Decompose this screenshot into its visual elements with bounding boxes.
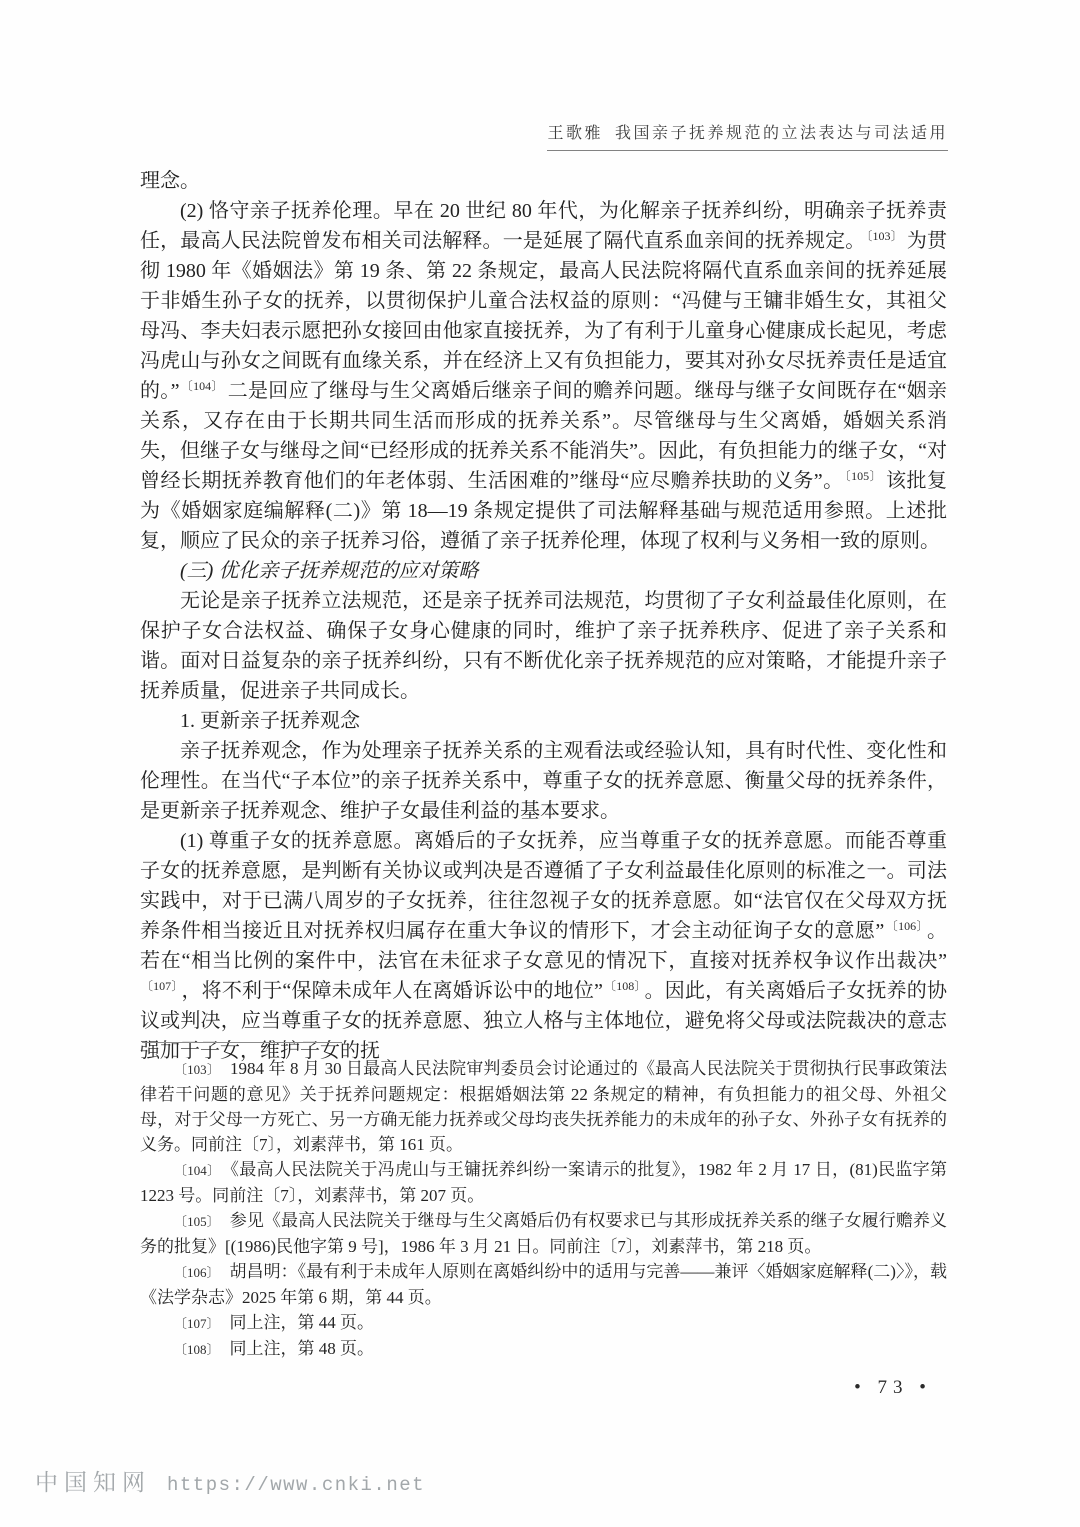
footnote-ref: 〔108〕 — [604, 979, 641, 993]
paragraph: (2) 恪守亲子抚养伦理。早在 20 世纪 80 年代，为化解亲子抚养纠纷，明确… — [140, 196, 947, 556]
paragraph: 亲子抚养观念，作为处理亲子抚养关系的主观看法或经验认知，具有时代性、变化性和伦理… — [140, 736, 947, 826]
paragraph: 理念。 — [140, 166, 947, 196]
footnote-text: 同上注，第 44 页。 — [230, 1313, 375, 1332]
footnote: 〔103〕1984 年 8 月 30 日最高人民法院审判委员会讨论通过的《最高人… — [140, 1056, 947, 1157]
cnki-url-text: https://www.cnki.net — [167, 1474, 425, 1496]
page-number: • 73 • — [838, 1377, 948, 1399]
footnote: 〔106〕胡昌明：《最有利于未成年人原则在离婚纠纷中的适用与完善——兼评〈婚姻家… — [140, 1259, 947, 1310]
text-run: (2) 恪守亲子抚养伦理。早在 20 世纪 80 年代，为化解亲子抚养纠纷，明确… — [140, 200, 947, 252]
paragraph: 无论是亲子抚养立法规范，还是亲子抚养司法规范，均贯彻了子女利益最佳化原则，在保护… — [140, 586, 947, 706]
footnote-text: 胡昌明：《最有利于未成年人原则在离婚纠纷中的适用与完善——兼评〈婚姻家庭解释(二… — [140, 1262, 947, 1307]
footnote-text: 《最高人民法院关于冯虎山与王镛抚养纠纷一案请示的批复》，1982 年 2 月 1… — [140, 1160, 947, 1205]
text-run: 亲子抚养观念，作为处理亲子抚养关系的主观看法或经验认知，具有时代性、变化性和伦理… — [140, 740, 947, 822]
footnote-text: 1984 年 8 月 30 日最高人民法院审判委员会讨论通过的《最高人民法院关于… — [140, 1059, 947, 1154]
footnote-ref: 〔107〕 — [141, 979, 178, 993]
paragraph: (1) 尊重子女的抚养意愿。离婚后的子女抚养，应当尊重子女的抚养意愿。而能否尊重… — [140, 826, 947, 1066]
footnote-marker: 〔107〕 — [174, 1316, 220, 1331]
footnote-text: 参见《最高人民法院关于继母与生父离婚后仍有权要求已与其形成抚养关系的继子女履行赡… — [140, 1211, 947, 1256]
footnote-list: 〔103〕1984 年 8 月 30 日最高人民法院审判委员会讨论通过的《最高人… — [140, 1056, 947, 1362]
footnote-ref: 〔106〕 — [885, 919, 923, 933]
article-body: 理念。(2) 恪守亲子抚养伦理。早在 20 世纪 80 年代，为化解亲子抚养纠纷… — [140, 166, 947, 1066]
footnote: 〔108〕同上注，第 48 页。 — [140, 1336, 947, 1362]
footnote-ref: 〔105〕 — [845, 469, 882, 483]
cnki-watermark: 中国知网 https://www.cnki.net — [35, 1464, 425, 1497]
footnote-marker: 〔108〕 — [174, 1342, 220, 1357]
text-run: (1) 尊重子女的抚养意愿。离婚后的子女抚养，应当尊重子女的抚养意愿。而能否尊重… — [140, 830, 947, 942]
section-heading: 1. 更新亲子抚养观念 — [140, 706, 947, 736]
footnote-marker: 〔105〕 — [174, 1214, 220, 1229]
footnote-text: 同上注，第 48 页。 — [230, 1339, 375, 1358]
footnote-marker: 〔103〕 — [174, 1062, 220, 1077]
footnote-marker: 〔104〕 — [174, 1163, 220, 1178]
text-run: ，将不利于“保障未成年人在离婚诉讼中的地位” — [182, 980, 603, 1002]
section-heading: (三) 优化亲子抚养规范的应对策略 — [140, 556, 947, 586]
footnote-ref: 〔104〕 — [180, 379, 223, 393]
cnki-brand-text: 中国知网 — [35, 1464, 151, 1497]
text-run: 为贯彻 1980 年《婚姻法》第 19 条、第 22 条规定，最高人民法院将隔代… — [140, 230, 947, 402]
document-page: 王歌雅我国亲子抚养规范的立法表达与司法适用 理念。(2) 恪守亲子抚养伦理。早在… — [0, 0, 1080, 1527]
header-article-title: 我国亲子抚养规范的立法表达与司法适用 — [615, 125, 948, 142]
running-header: 王歌雅我国亲子抚养规范的立法表达与司法适用 — [547, 120, 948, 151]
text-run: 无论是亲子抚养立法规范，还是亲子抚养司法规范，均贯彻了子女利益最佳化原则，在保护… — [140, 590, 947, 702]
footnote-separator-rule — [142, 1042, 342, 1043]
footnote-marker: 〔106〕 — [174, 1265, 220, 1280]
footnote: 〔104〕《最高人民法院关于冯虎山与王镛抚养纠纷一案请示的批复》，1982 年 … — [140, 1157, 947, 1208]
header-author: 王歌雅 — [547, 125, 603, 142]
text-run: 1. 更新亲子抚养观念 — [180, 710, 360, 732]
text-run: 二是回应了继母与生父离婚后继亲子间的赡养问题。继母与继子女间既存在“姻亲关系，又… — [140, 380, 947, 492]
footnote-ref: 〔103〕 — [866, 229, 902, 243]
footnote-section: 〔103〕1984 年 8 月 30 日最高人民法院审判委员会讨论通过的《最高人… — [140, 1042, 947, 1362]
text-run: (三) 优化亲子抚养规范的应对策略 — [180, 560, 478, 582]
footnote: 〔107〕同上注，第 44 页。 — [140, 1310, 947, 1336]
footnote: 〔105〕参见《最高人民法院关于继母与生父离婚后仍有权要求已与其形成抚养关系的继… — [140, 1208, 947, 1259]
text-run: 理念。 — [140, 170, 200, 192]
